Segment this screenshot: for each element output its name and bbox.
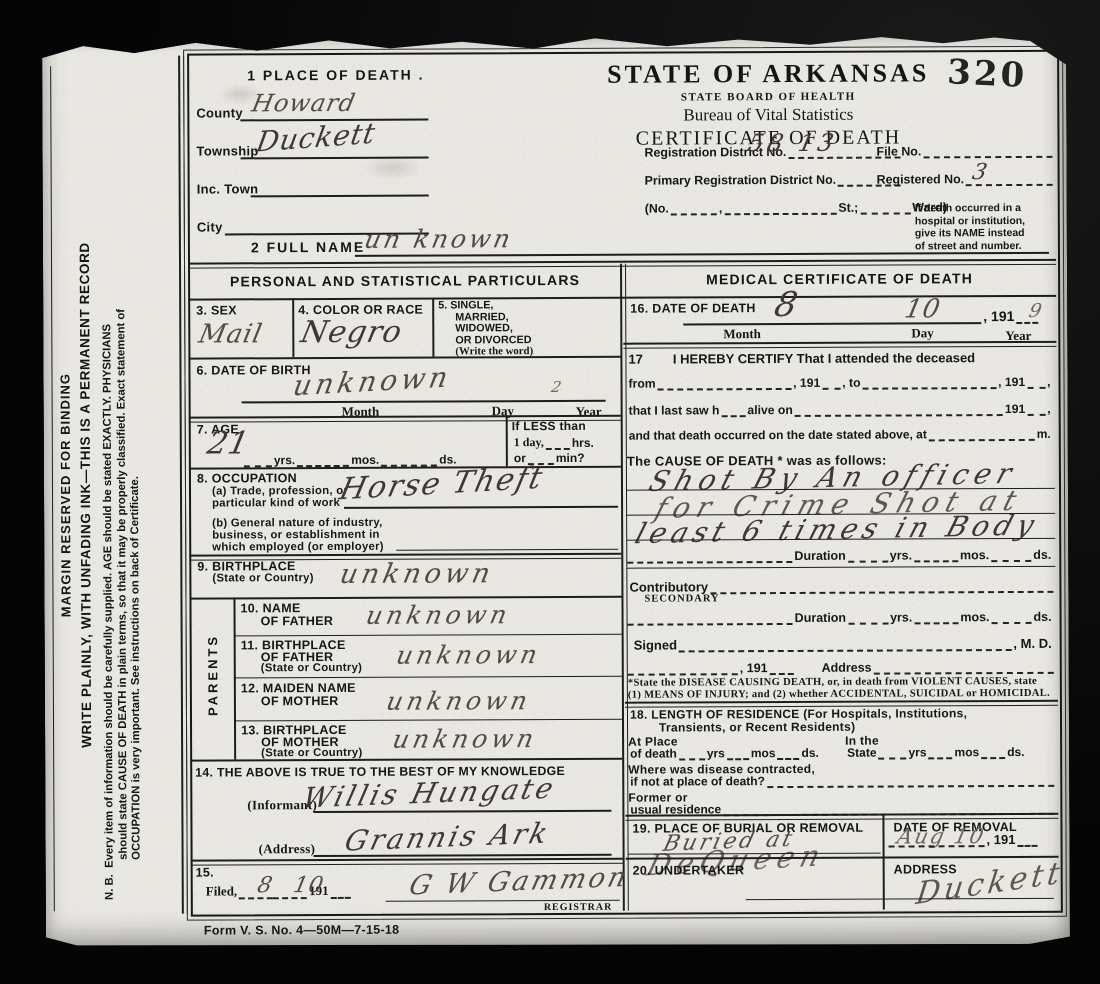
alive-label: alive on [745, 403, 794, 417]
certify-text: I HEREBY CERTIFY That I attended the dec… [671, 350, 977, 366]
dod-day-value: 10 [902, 294, 943, 324]
saw-year: 191 [1003, 402, 1027, 416]
dod-day-label: Day [911, 325, 933, 341]
filed-year-blank [331, 886, 351, 899]
scan-background: MARGIN RESERVED FOR BINDING WRITE PLAINL… [0, 0, 1100, 984]
filed-number: 15. [196, 865, 214, 879]
occupation-b-line2: business, or establishment in [212, 529, 380, 542]
duration1-yrs: yrs. [888, 548, 914, 562]
mother-name-label2: OF MOTHER [261, 694, 339, 708]
from-label: from [627, 377, 658, 391]
paper-left-edge-line [50, 66, 55, 911]
inc-town-label: Inc. Town [197, 181, 259, 196]
nb-label: N. B. [104, 874, 116, 900]
certify-heading-row: 17I HEREBY CERTIFY That I attended the d… [626, 350, 1052, 367]
residence-label2: Transients, or Recent Residents) [659, 720, 855, 735]
from-year: , 191 [791, 376, 822, 390]
yrs-label: yrs. [272, 453, 297, 467]
duration1-mos-blank [914, 549, 958, 562]
margin-binding-note: MARGIN RESERVED FOR BINDING [56, 74, 75, 916]
full-name-label: 2 FULL NAME [251, 239, 365, 255]
less-than-line2: 1 day,hrs. [512, 435, 618, 450]
m-label: m. [1035, 427, 1053, 441]
township-label: Township [196, 143, 258, 158]
comma-mark: , [717, 201, 725, 215]
duration2-yrs-blank [848, 612, 888, 625]
hospital-note: If death occurred in a hospital or insti… [915, 202, 1061, 253]
no-blank [671, 202, 717, 215]
contributory-row: Contributory [627, 578, 1053, 595]
father-name-value: unknown [364, 600, 514, 630]
saw-label: that I last saw h [627, 403, 722, 417]
county-label: County [196, 105, 243, 120]
full-name-value: un known [362, 224, 516, 254]
personal-section-title: PERSONAL AND STATISTICAL PARTICULARS [190, 272, 620, 290]
comma: , [1045, 375, 1052, 389]
place-yrs-blank [679, 747, 705, 760]
duration1-label: Duration [792, 549, 847, 563]
hospital-note-line1: If death occurred in a [915, 202, 1061, 215]
time-blank [929, 428, 1035, 441]
father-bp-value: unknown [394, 640, 544, 670]
registration-district-value: 58 13 [746, 129, 841, 157]
footnote-line2: (1) MEANS OF INJURY; and (2) whether ACC… [628, 688, 1050, 701]
st-label: St.; [836, 201, 860, 215]
signed-label: Signed [632, 637, 679, 652]
burial-table-divider [882, 814, 884, 910]
margin-plainly-note: WRITE PLAINLY, WITH UNFADING INK—THIS IS… [76, 74, 95, 916]
signed-address-blank [874, 661, 1054, 675]
occupation-label: 8. OCCUPATION [197, 471, 297, 485]
state-mos: mos [952, 745, 981, 759]
sex-label: 3. SEX [196, 303, 237, 317]
from-blank [658, 377, 792, 391]
death-certificate-page: MARGIN RESERVED FOR BINDING WRITE PLAINL… [42, 32, 1070, 948]
filed-day-value: 10 [291, 873, 326, 898]
in-state-row: Stateyrsmosds. [845, 745, 1055, 760]
primary-registration-label: Primary Registration District No. [643, 173, 838, 188]
from-year-blank [822, 377, 840, 390]
mos-label: mos. [349, 453, 381, 467]
margin-nb-note: N. B. Every item of information should b… [100, 90, 144, 900]
occupation-a-line1: (a) Trade, profession, or [212, 485, 348, 498]
contributory-label: Contributory [627, 579, 710, 594]
street-blank [724, 202, 836, 215]
death-occurred-label: and that death occurred on the date stat… [627, 427, 929, 442]
certify-number: 17 [626, 352, 645, 367]
date-of-death-label: 16. DATE OF DEATH [630, 301, 756, 316]
occupation-b-line3: which employed (or employer) [212, 541, 384, 554]
duration1-ds-blank [991, 549, 1031, 562]
ds-label: ds. [437, 452, 458, 466]
nb-line1: Every item of information should be care… [101, 324, 115, 868]
at-place-row: of deathyrsmosds. [628, 746, 840, 761]
duration2-mos-blank [914, 611, 958, 624]
file-no-label: File No. [874, 144, 923, 158]
signed-date-address-row: , 191Address [628, 660, 1054, 676]
filed-label: Filed, [204, 883, 239, 899]
alive-blank [795, 403, 1003, 417]
dod-month-label: Month [723, 326, 761, 342]
duration2-label: Duration [793, 611, 848, 625]
hospital-note-line4: of street and number. [915, 240, 1061, 253]
to-year-blank [1027, 376, 1045, 389]
removal-year-blank [1017, 834, 1037, 847]
birthplace-sub-label: (State or Country) [212, 572, 313, 584]
no-label: (No. [643, 201, 671, 215]
board-subtitle: STATE BOARD OF HEALTH [587, 90, 949, 104]
disease-blank [767, 774, 1054, 788]
of-death-label: of death [628, 746, 679, 760]
place-of-death-heading: 1 PLACE OF DEATH . [247, 67, 424, 84]
removal-date-row: , 191 [888, 832, 1054, 848]
medical-section-title: MEDICAL CERTIFICATE OF DEATH [623, 270, 1056, 288]
dod-year-printed: , 191 [981, 308, 1016, 324]
signed-year-blank [770, 662, 794, 675]
father-bp-label3: (State or Country) [261, 662, 362, 674]
less-than-line1: If LESS than [512, 419, 586, 433]
to-year: , 191 [996, 375, 1027, 389]
duration1-mos: mos. [958, 548, 991, 562]
him-blank [721, 404, 745, 417]
binding-margin-text: MARGIN RESERVED FOR BINDING WRITE PLAINL… [56, 74, 186, 917]
registered-no-label: Registered No. [875, 172, 967, 186]
secondary-label: SECONDARY [644, 593, 719, 604]
registrar-label: REGISTRAR [544, 902, 613, 913]
min-label: min? [554, 451, 587, 465]
nb-line3: OCCUPATION is very important. See instru… [127, 90, 144, 900]
duration-row2: Durationyrs.mos.ds. [628, 610, 1054, 626]
hospital-note-line2: hospital or institution, [915, 214, 1061, 227]
disease-question-row: if not at place of death? [628, 773, 1054, 789]
date-of-birth-label: 6. DATE OF BIRTH [196, 363, 310, 377]
signed-year-printed: , 191 [738, 661, 770, 675]
death-occurred-row: and that death occurred on the date stat… [627, 427, 1053, 443]
duration2-yrs: yrs. [888, 610, 914, 624]
state-title: STATE OF ARKANSAS [587, 58, 949, 90]
file-no-blank [923, 145, 1052, 159]
signed-date-blank [628, 662, 738, 675]
age-subbox-divider [506, 415, 508, 466]
color-race-value: Negro [298, 315, 406, 350]
to-label: , to [840, 376, 862, 390]
age-ds-blank [381, 454, 437, 467]
form-number: Form V. S. No. 4—50M—7-15-18 [204, 923, 400, 938]
sex-value: Mail [196, 319, 265, 349]
saw-year-blank [1027, 403, 1045, 416]
state-label: State [845, 746, 878, 760]
duration2-lead-blank [628, 612, 793, 626]
place-yrs: yrs [705, 746, 727, 760]
comma: , [1045, 402, 1052, 416]
place-mos-blank [727, 747, 749, 760]
county-value-handwriting: Howard [249, 89, 358, 117]
informant-address-label: (Address) [259, 841, 316, 857]
disease-question-line2: if not at place of death? [628, 774, 767, 789]
place-ds: ds. [800, 746, 821, 760]
parents-vertical-label: PARENTS [205, 595, 221, 755]
state-ds-blank [981, 746, 1005, 759]
duration1-yrs-blank [848, 550, 888, 563]
occupation-a-line2: particular kind of work [212, 497, 340, 510]
signed-blank [679, 638, 1011, 652]
state-mos-blank [928, 746, 952, 759]
place-mos: mos [749, 746, 778, 760]
file-stamp-number: 320 [946, 52, 1028, 96]
registered-no-row: Registered No. [875, 172, 1053, 187]
marital-status-cell: 5. SINGLE, MARRIED, WIDOWED, OR DIVORCED… [438, 300, 533, 358]
removal-year-printed: , 191 [984, 832, 1017, 847]
sex-cell-divider [292, 298, 294, 357]
removal-date-blank [889, 834, 985, 847]
duration2-mos: mos. [958, 610, 991, 624]
state-yrs-blank [878, 746, 906, 759]
state-yrs: yrs [906, 745, 928, 759]
race-cell-divider [432, 298, 434, 357]
filed-row: Filed,191 [204, 883, 374, 900]
certify-from-row: from, 191, to, 191, [627, 375, 1053, 391]
hrs-label: hrs. [570, 436, 596, 450]
duration1-ds: ds. [1031, 548, 1053, 562]
duration-row1: Durationyrs.mos.ds. [627, 548, 1053, 564]
md-label: , M. D. [1011, 636, 1053, 651]
certify-saw-row: that I last saw halive on191, [627, 402, 1053, 418]
age-yrs-blank [244, 454, 272, 467]
to-blank [863, 376, 997, 390]
hospital-note-line3: give its NAME instead [915, 227, 1061, 240]
ward-blank [860, 201, 910, 214]
footnote-line1: *State the DISEASE CAUSING DEATH, or, in… [628, 676, 1037, 689]
marital-line1: 5. SINGLE, [438, 300, 533, 312]
primary-registration-row: Primary Registration District No. [643, 172, 901, 187]
hrs-blank [546, 437, 570, 450]
bureau-subtitle: Bureau of Vital Statistics [587, 104, 949, 126]
age-mos-blank [297, 454, 349, 467]
state-ds: ds. [1005, 745, 1026, 759]
duration2-ds-blank [991, 611, 1031, 624]
father-name-label2: OF FATHER [261, 614, 334, 628]
mother-bp-label3: (State or Country) [261, 747, 362, 759]
duration2-ds: ds. [1031, 610, 1053, 624]
mother-bp-value: unknown [390, 724, 540, 754]
contributory-blank [710, 580, 1053, 594]
mother-name-value: unknown [384, 686, 534, 716]
birthplace-value: unknown [337, 558, 497, 590]
signed-address-label: Address [820, 661, 874, 675]
duration1-lead-blank [627, 550, 792, 564]
occupation-b-line1: (b) General nature of industry, [212, 517, 382, 530]
undertaker-label: 20. UNDERTAKER [633, 863, 745, 877]
one-day-label: 1 day, [512, 435, 546, 450]
signed-row: Signed, M. D. [632, 636, 1054, 653]
city-label: City [197, 219, 223, 234]
file-no-row: File No. [874, 144, 1052, 159]
place-ds-blank [778, 747, 800, 760]
